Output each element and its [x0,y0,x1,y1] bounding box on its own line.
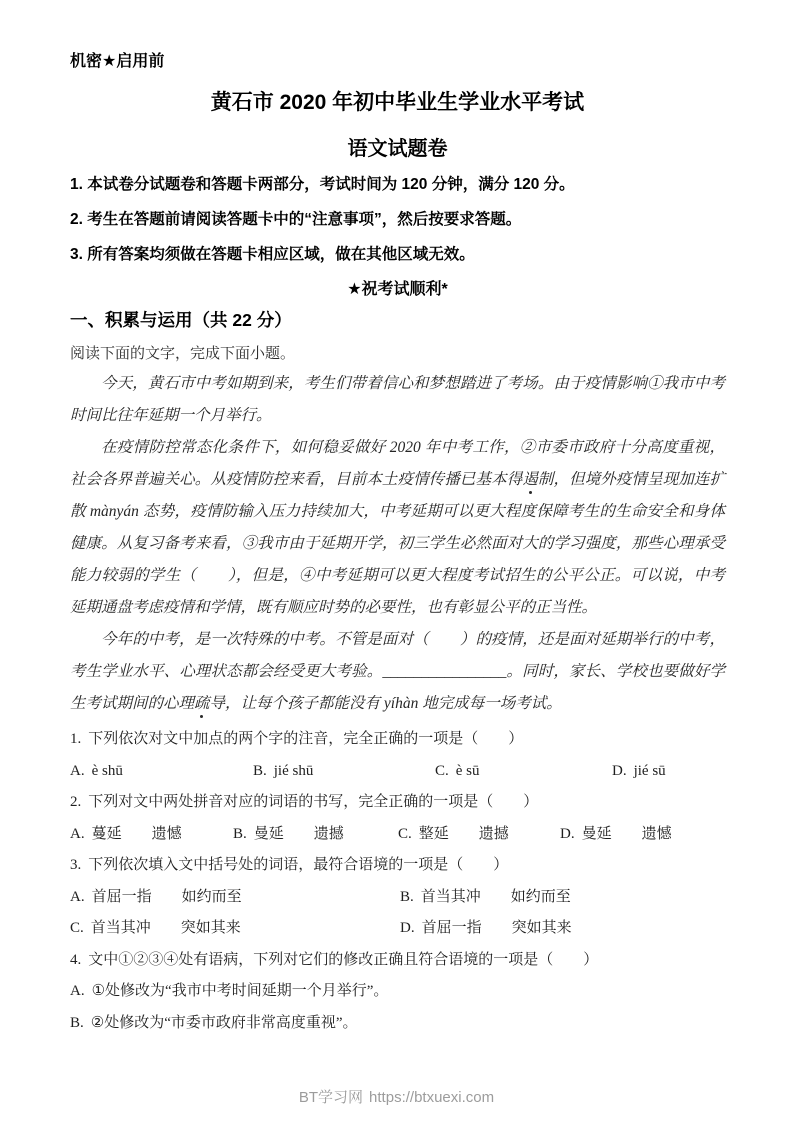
option-b: B.jié shū [253,756,435,788]
question-3-stem-line: 3.下列依次填入文中括号处的词语，最符合语境的一项是（ ） [70,850,725,882]
option-label: D. [400,920,415,936]
exam-instructions: 1. 本试卷分试题卷和答题卡两部分，考试时间为 120 分钟，满分 120 分。… [70,174,725,266]
option-d: D.首屈一指 突如其来 [400,913,725,945]
option-text: 首当其冲 突如其来 [91,920,241,936]
option-label: A. [70,889,85,905]
question-3: 3.下列依次填入文中括号处的词语，最符合语境的一项是（ ） A.首屈一指 如约而… [70,850,725,945]
emphasized-char-e: 遏 [522,471,538,488]
option-text: 首当其冲 如约而至 [421,889,571,905]
question-3-options: A.首屈一指 如约而至 B.首当其冲 如约而至 C.首当其冲 突如其来 D.首屈… [70,882,725,945]
option-text: jié shū [274,763,314,779]
option-label: C. [70,920,84,936]
option-c: C.首当其冲 突如其来 [70,913,400,945]
question-2-options: A.蔓延 遗憾 B.曼延 遗撼 C.整延 遗撼 D.曼延 遗憾 [70,819,725,851]
option-a: A.①处修改为“我市中考时间延期一个月举行”。 [70,976,725,1008]
instruction-line-1: 1. 本试卷分试题卷和答题卡两部分，考试时间为 120 分钟，满分 120 分。 [70,174,725,196]
classification-label: 机密★启用前 [70,52,725,72]
question-number: 1. [70,731,81,747]
question-stem: 下列依次对文中加点的两个字的注音，完全正确的一项是（ ） [88,731,523,747]
option-text: è shū [92,763,123,779]
option-b: B.曼延 遗撼 [233,819,398,851]
passage-paragraph-1: 今天，黄石市中考如期到来，考生们带着信心和梦想踏进了考场。由于疫情影响①我市中考… [70,368,725,432]
option-text: 曼延 遗憾 [582,826,672,842]
option-label: A. [70,983,85,999]
page-footer: BT学习网https://btxuexi.com [0,1088,793,1108]
passage-paragraph-2: 在疫情防控常态化条件下，如何稳妥做好 2020 年中考工作，②市委市政府十分高度… [70,432,725,624]
option-text: 蔓延 遗憾 [92,826,182,842]
passage-intro: 阅读下面的文字，完成下面小题。 [70,344,725,364]
question-2-stem-line: 2.下列对文中两处拼音对应的词语的书写，完全正确的一项是（ ） [70,787,725,819]
option-text: 曼延 遗撼 [254,826,344,842]
option-text: ①处修改为“我市中考时间延期一个月举行”。 [92,983,389,999]
option-b: B.②处修改为“市委市政府非常高度重视”。 [70,1008,725,1040]
section-heading: 一、积累与运用（共 22 分） [70,309,725,331]
option-text: 整延 遗撼 [419,826,509,842]
question-number: 4. [70,952,81,968]
option-label: A. [70,763,85,779]
option-label: A. [70,826,85,842]
exam-title: 黄石市 2020 年初中毕业生学业水平考试 [70,90,725,116]
exam-subtitle: 语文试题卷 [70,136,725,162]
option-label: B. [233,826,247,842]
option-label: C. [398,826,412,842]
instruction-line-2: 2. 考生在答题前请阅读答题卡中的“注意事项”，然后按要求答题。 [70,209,725,231]
option-a: A.首屈一指 如约而至 [70,882,400,914]
option-d: D.jié sū [612,756,725,788]
option-label: D. [560,826,575,842]
blessing-line: ★祝考试顺利* [70,279,725,301]
question-1-options: A.è shū B.jié shū C.è sū D.jié sū [70,756,725,788]
question-1-stem-line: 1.下列依次对文中加点的两个字的注音，完全正确的一项是（ ） [70,724,725,756]
exam-page: 机密★启用前 黄石市 2020 年初中毕业生学业水平考试 语文试题卷 1. 本试… [0,0,793,1122]
question-4-stem-line: 4.文中①②③④处有语病，下列对它们的修改正确且符合语境的一项是（ ） [70,945,725,977]
question-stem: 下列依次填入文中括号处的词语，最符合语境的一项是（ ） [88,857,508,873]
passage-text: 今天，黄石市中考如期到来，考生们带着信心和梦想踏进了考场。由于疫情影响①我市中考… [70,375,725,424]
passage-text: 导，让每个孩子都能没有 yíhàn 地完成每一场考试。 [210,695,562,712]
option-text: jié sū [634,763,666,779]
option-text: è sū [456,763,480,779]
question-4: 4.文中①②③④处有语病，下列对它们的修改正确且符合语境的一项是（ ） A.①处… [70,945,725,1040]
question-number: 3. [70,857,81,873]
footer-site-name: BT学习网 [299,1089,363,1106]
option-text: 首屈一指 突如其来 [422,920,572,936]
footer-link[interactable]: https://btxuexi.com [369,1089,494,1106]
question-stem: 下列对文中两处拼音对应的词语的书写，完全正确的一项是（ ） [88,794,538,810]
option-a: A.蔓延 遗憾 [70,819,233,851]
option-b: B.首当其冲 如约而至 [400,882,725,914]
passage-paragraph-3: 今年的中考，是一次特殊的中考。不管是面对（ ）的疫情，还是面对延期举行的中考，考… [70,624,725,720]
option-label: B. [400,889,414,905]
option-a: A.è shū [70,756,253,788]
passage-text: 制，但境外疫情呈现加连扩散 mànyán 态势，疫情防输入压力持续加大，中考延期… [70,471,725,616]
option-c: C.è sū [435,756,612,788]
question-1: 1.下列依次对文中加点的两个字的注音，完全正确的一项是（ ） A.è shū B… [70,724,725,787]
option-d: D.曼延 遗憾 [560,819,725,851]
question-stem: 文中①②③④处有语病，下列对它们的修改正确且符合语境的一项是（ ） [88,952,598,968]
option-label: C. [435,763,449,779]
option-text: 首屈一指 如约而至 [92,889,242,905]
question-2: 2.下列对文中两处拼音对应的词语的书写，完全正确的一项是（ ） A.蔓延 遗憾 … [70,787,725,850]
question-4-options: A.①处修改为“我市中考时间延期一个月举行”。 B.②处修改为“市委市政府非常高… [70,976,725,1039]
question-number: 2. [70,794,81,810]
option-text: ②处修改为“市委市政府非常高度重视”。 [91,1015,358,1031]
option-label: B. [70,1015,84,1031]
emphasized-char-shu: 疏 [194,695,210,712]
option-label: D. [612,763,627,779]
question-list: 1.下列依次对文中加点的两个字的注音，完全正确的一项是（ ） A.è shū B… [70,724,725,1039]
instruction-line-3: 3. 所有答案均须做在答题卡相应区域，做在其他区域无效。 [70,244,725,266]
option-c: C.整延 遗撼 [398,819,560,851]
option-label: B. [253,763,267,779]
